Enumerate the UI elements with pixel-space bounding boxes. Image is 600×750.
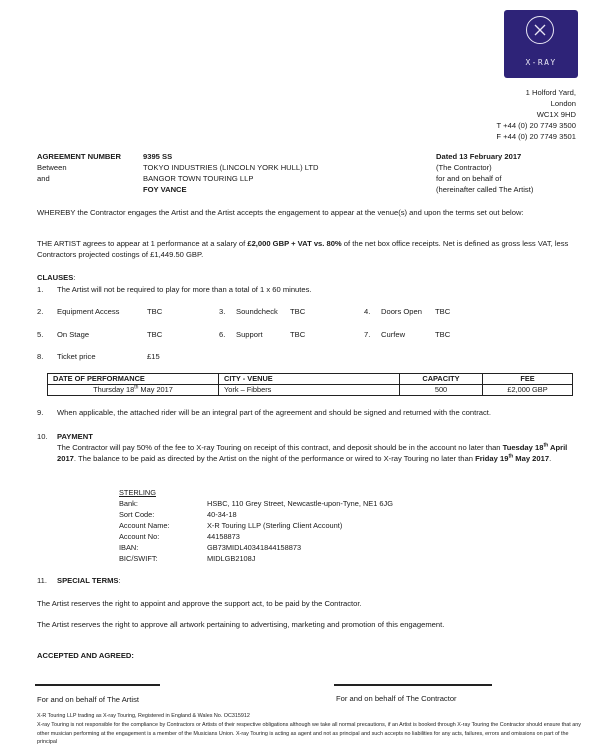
clause-label: On Stage [57,330,89,339]
footer-legal: X-R Touring LLP trading as X-ray Touring… [37,712,585,747]
clause-number: 9. [37,407,57,418]
special-terms-title: SPECIAL TERMS [57,576,118,585]
clause-label: Ticket price [57,352,96,361]
artist-name: FOY VANCE [143,184,187,195]
clause-label: Doors Open [381,307,422,316]
bank-row: IBAN:GB73MIDL40341844158873 [119,542,393,553]
clause-value: TBC [147,330,162,339]
clause-text: When applicable, the attached rider will… [57,408,491,417]
column-header: DATE OF PERFORMANCE [48,374,219,385]
address-line: WC1X 9HD [496,109,576,120]
clause-number: 11. [37,575,57,586]
clauses-heading: CLAUSES [37,273,73,282]
clause-number: 10. [37,431,57,442]
balance-date: Friday 19th May 2017 [475,454,549,463]
bank-row: Account Name:X-R Touring LLP (Sterling C… [119,520,393,531]
bank-row: Account No:44158873 [119,531,393,542]
clause-number: 2. [37,307,43,316]
artist-signature-line[interactable] [35,684,160,686]
clause-value: TBC [435,307,450,316]
fax-number: F +44 (0) 20 7749 3501 [496,131,576,142]
bank-title: STERLING [119,487,393,498]
clause-number: 3. [219,307,225,316]
performance-capacity: 500 [400,385,483,396]
clause-number: 6. [219,330,225,339]
footer-disclaimer: X-ray Touring is not responsible for the… [37,721,585,747]
clause-label: Soundcheck [236,307,278,316]
clause-label: Equipment Access [57,307,119,316]
salary-amount: £2,000 GBP + VAT vs. 80% [247,239,341,248]
contractor-signature-label: For and on behalf of The Contractor [336,694,457,703]
clause-value: TBC [290,330,305,339]
contractor-name: TOKYO INDUSTRIES (LINCOLN YORK HULL) LTD [143,162,319,173]
clause-1: 1.The Artist will not be required to pla… [37,284,582,295]
footer-registration: X-R Touring LLP trading as X-ray Touring… [37,712,585,721]
address-line: London [496,98,576,109]
clause-number: 1. [37,284,57,295]
artist-note: (hereinafter called The Artist) [436,184,533,195]
column-header: CITY - VENUE [219,374,400,385]
address-line: 1 Holford Yard, [496,87,576,98]
contractor-note: (The Contractor) [436,162,492,173]
company-address: 1 Holford Yard, London WC1X 9HD T +44 (0… [496,87,576,142]
whereby-paragraph: WHEREBY the Contractor engages the Artis… [37,207,582,218]
special-term: The Artist reserves the right to appoint… [37,598,582,609]
agreement-date: Dated 13 February 2017 [436,151,521,162]
agent-note: for and on behalf of [436,173,501,184]
table-row: Thursday 18th May 2017 York – Fibbers 50… [48,385,573,396]
x-circle-icon [526,16,554,44]
salary-paragraph: THE ARTIST agrees to appear at 1 perform… [37,238,582,260]
performance-table: DATE OF PERFORMANCE CITY - VENUE CAPACIT… [47,373,573,396]
bank-row: Bank:HSBC, 110 Grey Street, Newcastle-up… [119,498,393,509]
bank-details: STERLING Bank:HSBC, 110 Grey Street, New… [119,487,393,564]
payment-title: PAYMENT [57,432,93,441]
clause-number: 8. [37,352,43,361]
payment-paragraph: The Contractor will pay 50% of the fee t… [57,442,582,464]
accepted-heading: ACCEPTED AND AGREED: [37,650,582,661]
clause-value: TBC [435,330,450,339]
bank-row: BIC/SWIFT:MIDLGB2108J [119,553,393,564]
agreement-label: AGREEMENT NUMBER [37,151,121,162]
agreement-number: 9395 SS [143,151,172,162]
clauses-title: CLAUSES: [37,272,582,283]
bank-row: Sort Code:40-34-18 [119,509,393,520]
performance-fee: £2,000 GBP [483,385,573,396]
column-header: CAPACITY [400,374,483,385]
clause-9: 9.When applicable, the attached rider wi… [37,407,582,418]
table-header-row: DATE OF PERFORMANCE CITY - VENUE CAPACIT… [48,374,573,385]
agent-name: BANGOR TOWN TOURING LLP [143,173,253,184]
and-label: and [37,173,50,184]
performance-date: Thursday 18th May 2017 [48,385,219,396]
x-ray-logo: X-RAY [504,10,578,78]
clause-label: Curfew [381,330,405,339]
payment-heading: 10.PAYMENT [37,431,582,442]
clause-value: TBC [147,307,162,316]
clause-number: 5. [37,330,43,339]
clause-number: 7. [364,330,370,339]
clause-value: TBC [290,307,305,316]
clause-value: £15 [147,352,160,361]
clause-text: The Artist will not be required to play … [57,285,312,294]
performance-venue: York – Fibbers [219,385,400,396]
contractor-signature-line[interactable] [334,684,492,686]
special-terms-heading: 11.SPECIAL TERMS: [37,575,582,586]
artist-signature-label: For and on behalf of The Artist [37,694,582,705]
column-header: FEE [483,374,573,385]
clause-number: 4. [364,307,370,316]
salary-text: THE ARTIST agrees to appear at 1 perform… [37,239,247,248]
phone-number: T +44 (0) 20 7749 3500 [496,120,576,131]
logo-wordmark: X-RAY [504,58,578,68]
special-term: The Artist reserves the right to approve… [37,619,582,630]
clause-label: Support [236,330,263,339]
between-label: Between [37,162,67,173]
